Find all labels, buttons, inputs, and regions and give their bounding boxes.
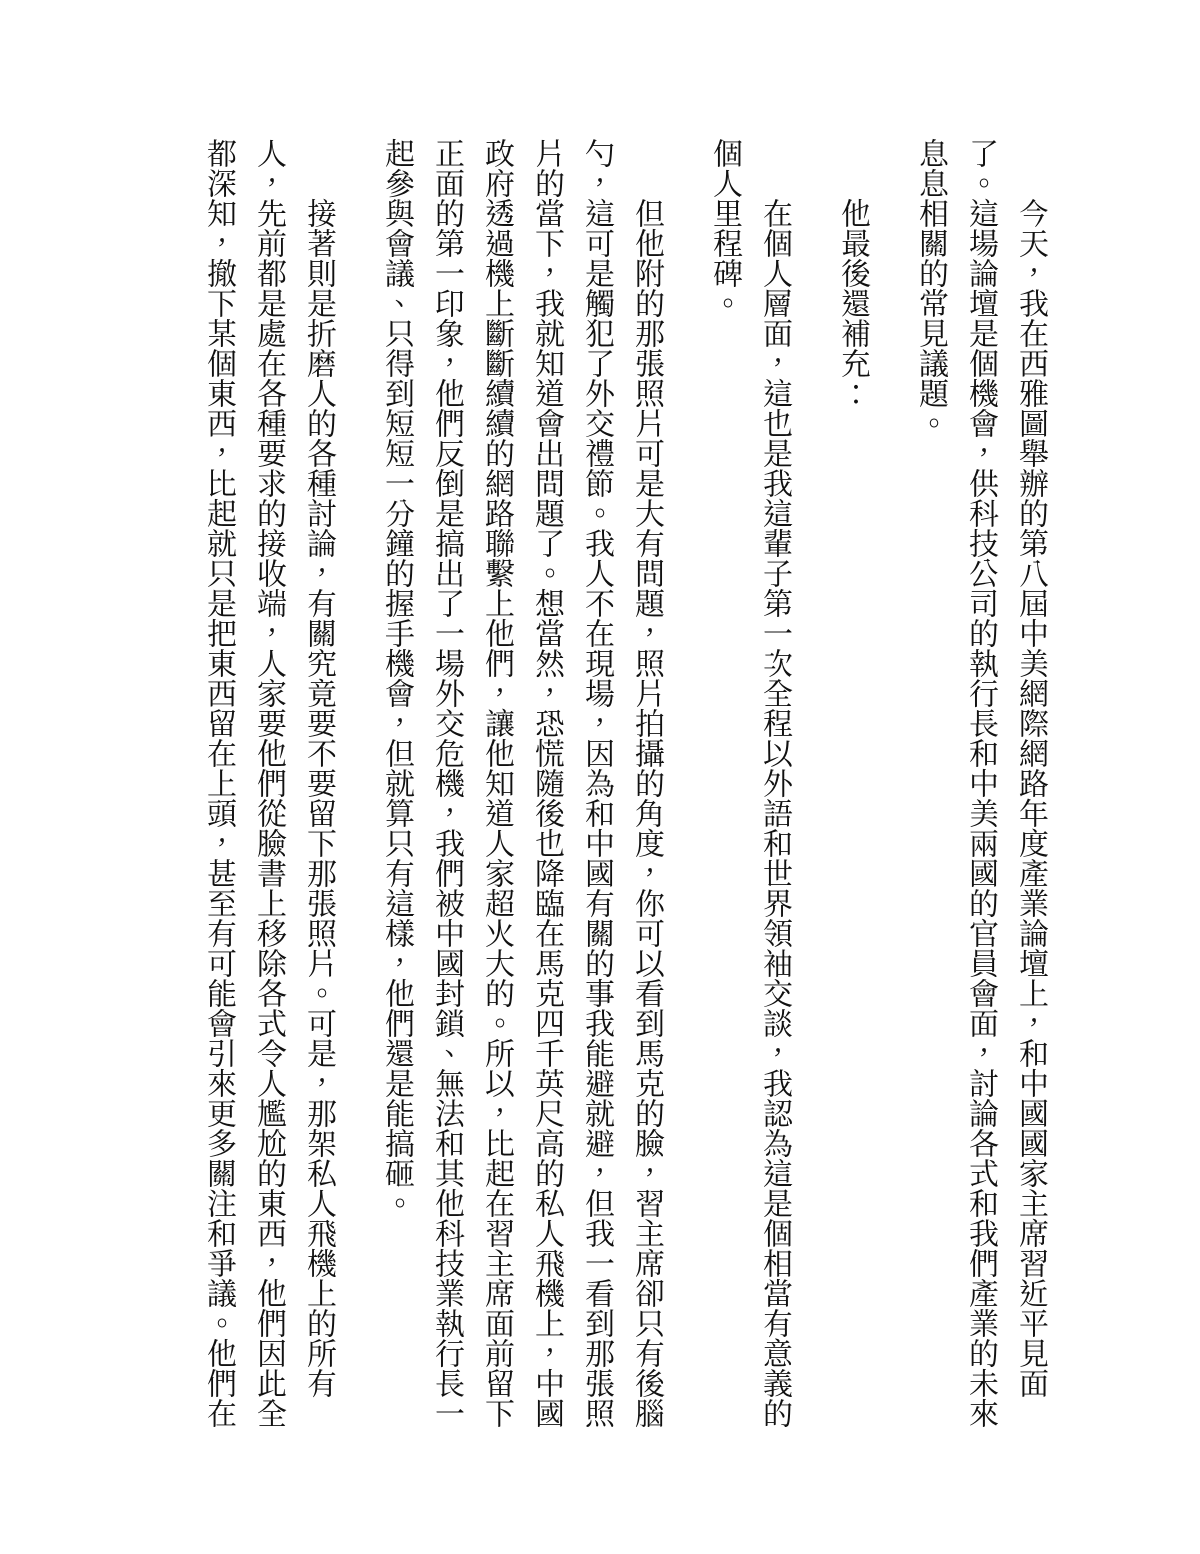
paragraph-photo-problem: 但他附的那張照片可是大有問題，照片拍攝的角度，你可以看到馬克的臉，習主席卻只有後…	[371, 138, 671, 1434]
paragraph-he-added: 他最後還補充：	[827, 138, 877, 1434]
document-body: { "document": { "language": "zh-Hant", "…	[0, 0, 1200, 1554]
paragraph-forum-meeting: 今天，我在西雅圖舉辦的第八屆中美網際網路年度產業論壇上，和中國國家主席習近平見面…	[905, 138, 1055, 1434]
vertical-text-block: 今天，我在西雅圖舉辦的第八屆中美網際網路年度產業論壇上，和中國國家主席習近平見面…	[193, 138, 1055, 1434]
book-page: 今天，我在西雅圖舉辦的第八屆中美網際網路年度產業論壇上，和中國國家主席習近平見面…	[0, 0, 1200, 1554]
paragraph-photo-debate: 接著則是折磨人的各種討論，有關究竟要不要留下那張照片。可是，那架私人飛機上的所有…	[193, 138, 343, 1434]
paragraph-personal-milestone: 在個人層面，這也是我這輩子第一次全程以外語和世界領袖交談，我認為這是個相當有意義…	[699, 138, 799, 1434]
